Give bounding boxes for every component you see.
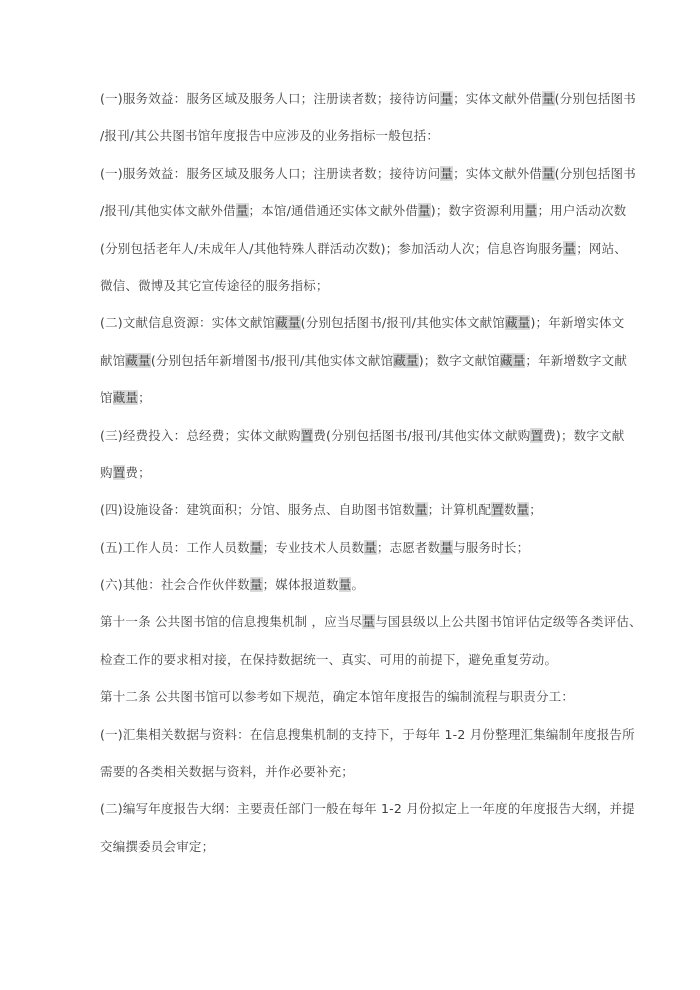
- highlighted-char: 置: [113, 465, 126, 480]
- text-line: /报刊/其他实体文献外借量；本馆/通借通还实体文献外借量)；数字资源利用量；用户…: [100, 202, 602, 239]
- document-page: (一)服务效益：服务区域及服务人口；注册读者数；接待访问量；实体文献外借量(分别…: [0, 0, 700, 990]
- text-line: (二)文献信息资源：实体文献馆藏量(分别包括图书/报刊/其他实体文献馆藏量)；年…: [100, 314, 602, 351]
- highlighted-char: 量: [415, 502, 428, 517]
- highlighted-char: 量: [362, 614, 375, 629]
- text-line: (六)其他：社会合作伙伴数量；媒体报道数量。: [100, 576, 602, 613]
- highlighted-char: 量: [250, 577, 263, 592]
- highlighted-char: 量: [440, 91, 453, 106]
- highlighted-char: 量: [288, 315, 301, 330]
- text-line: 交编撰委员会审定；: [100, 838, 602, 875]
- highlighted-char: 量: [440, 166, 453, 181]
- text-line: (五)工作人员：工作人员数量；专业技术人员数量；志愿者数量与服务时长；: [100, 539, 602, 576]
- text-line: (四)设施设备：建筑面积；分馆、服务点、自助图书馆数量；计算机配置数量；: [100, 501, 602, 538]
- text-line: (一)服务效益：服务区域及服务人口；注册读者数；接待访问量；实体文献外借量(分别…: [100, 165, 602, 202]
- text-line: 购置费；: [100, 464, 602, 501]
- highlighted-char: 置: [301, 428, 314, 443]
- highlighted-char: 藏: [505, 315, 518, 330]
- highlighted-char: 量: [339, 577, 352, 592]
- highlighted-char: 量: [525, 203, 538, 218]
- text-line: /报刊/其公共图书馆年度报告中应涉及的业务指标一般包括：: [100, 127, 602, 164]
- text-line: (三)经费投入：总经费；实体文献购置费(分别包括图书/报刊/其他实体文献购置费)…: [100, 427, 602, 464]
- highlighted-char: 量: [364, 540, 377, 555]
- text-line: 第十一条 公共图书馆的信息搜集机制 ，应当尽量与国县级以上公共图书馆评估定级等各…: [100, 613, 602, 650]
- text-line: (一)汇集相关数据与资料：在信息搜集机制的支持下，于每年 1-2 月份整理汇集编…: [100, 726, 602, 763]
- highlighted-char: 量: [250, 540, 263, 555]
- text-line: 献馆藏量(分别包括年新增图书/报刊/其他实体文献馆藏量)；数字文献馆藏量；年新增…: [100, 352, 602, 389]
- highlighted-char: 量: [518, 315, 531, 330]
- text-line: 需要的各类相关数据与资料，并作必要补充；: [100, 763, 602, 800]
- highlighted-char: 量: [517, 502, 530, 517]
- highlighted-char: 藏: [125, 353, 138, 368]
- highlighted-char: 量: [406, 353, 419, 368]
- highlighted-char: 量: [563, 241, 576, 256]
- highlighted-char: 量: [236, 203, 249, 218]
- highlighted-char: 藏: [393, 353, 406, 368]
- text-line: 微信、微博及其它宣传途径的服务指标；: [100, 277, 602, 314]
- highlighted-char: 藏: [275, 315, 288, 330]
- text-line: (分别包括老年人/未成年人/其他特殊人群活动次数)；参加活动人次；信息咨询服务量…: [100, 240, 602, 277]
- highlighted-char: 量: [138, 353, 151, 368]
- highlighted-char: 量: [542, 166, 555, 181]
- text-line: (一)服务效益：服务区域及服务人口；注册读者数；接待访问量；实体文献外借量(分别…: [100, 90, 602, 127]
- text-line: (二)编写年度报告大纲：主要责任部门一般在每年 1-2 月份拟定上一年度的年度报…: [100, 800, 602, 837]
- highlighted-char: 藏: [113, 390, 126, 405]
- highlighted-char: 量: [513, 353, 526, 368]
- highlighted-char: 量: [418, 203, 431, 218]
- highlighted-char: 量: [542, 91, 555, 106]
- highlighted-char: 量: [440, 540, 453, 555]
- text-line: 馆藏量；: [100, 389, 602, 426]
- highlighted-char: 置: [491, 502, 504, 517]
- highlighted-char: 藏: [500, 353, 513, 368]
- document-body: (一)服务效益：服务区域及服务人口；注册读者数；接待访问量；实体文献外借量(分别…: [100, 90, 602, 875]
- text-line: 检查工作的要求相对接，在保持数据统一、真实、可用的前提下，避免重复劳动。: [100, 651, 602, 688]
- text-line: 第十二条 公共图书馆可以参考如下规范，确定本馆年度报告的编制流程与职责分工：: [100, 688, 602, 725]
- highlighted-char: 量: [125, 390, 138, 405]
- highlighted-char: 置: [530, 428, 543, 443]
